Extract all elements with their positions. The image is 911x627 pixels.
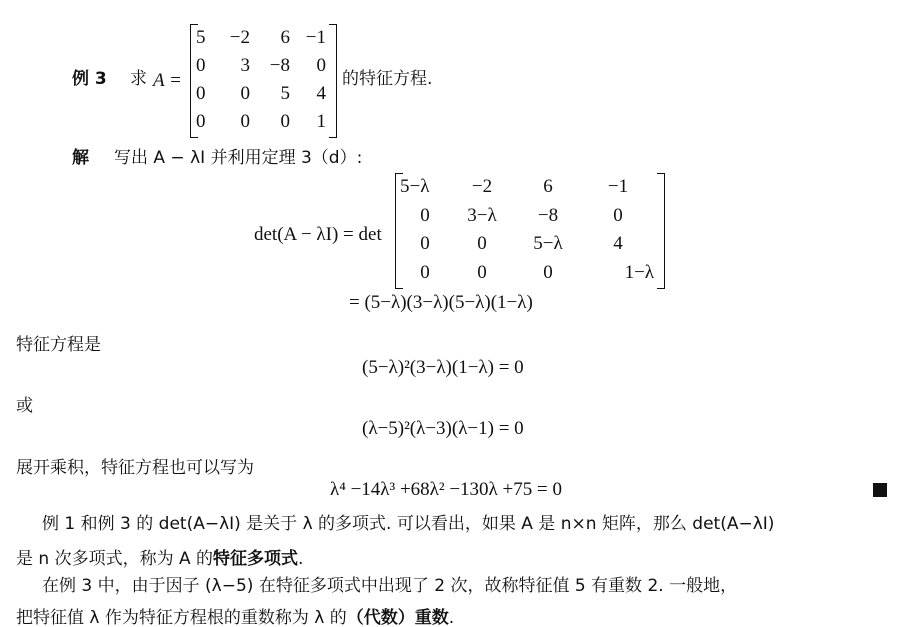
matrix-cell: 0	[400, 233, 450, 255]
matrix-cell: 0	[514, 262, 582, 284]
matrix-cell: −2	[450, 176, 514, 198]
matrix-cell: 0	[196, 55, 214, 77]
matrix-cell: 0	[450, 262, 514, 284]
example-label: 例 3	[72, 64, 107, 89]
qed-square-icon	[873, 483, 887, 497]
solution-intro: 写出 A − λI 并利用定理 3（d）:	[114, 143, 362, 168]
matrix-cell: 3	[214, 55, 250, 77]
char-eq-expanded: λ⁴ −14λ³ +68λ² −130λ +75 = 0	[330, 479, 562, 501]
char-eq-label: 特征方程是	[16, 330, 101, 355]
matrix-cell: 6	[250, 27, 290, 49]
matrix-cell: 1	[290, 111, 326, 133]
expand-label: 展开乘积，特征方程也可以写为	[16, 453, 254, 478]
det-lhs: det(A − λI) = det	[254, 224, 382, 246]
text: .	[298, 549, 303, 569]
matrix-cell: 5−λ	[400, 176, 450, 198]
right-bracket	[329, 24, 337, 138]
matrix-cell: 0	[400, 205, 450, 227]
solution-label: 解	[72, 143, 89, 168]
paragraph-2-line-1: 在例 3 中，由于因子 (λ−5) 在特征多项式中出现了 2 次，故称特征值 5…	[42, 571, 737, 596]
text: 把特征值 λ 作为特征方程根的重数称为 λ 的	[16, 608, 347, 627]
example-prompt-prefix: 求	[130, 64, 147, 89]
matrix-cell: 0	[450, 233, 514, 255]
matrix-cell: −1	[582, 176, 654, 198]
matrix-name: A =	[153, 70, 182, 92]
example-prompt-suffix: 的特征方程.	[342, 64, 432, 89]
matrix-cell: 0	[214, 83, 250, 105]
matrix-cell: 0	[290, 55, 326, 77]
matrix-cell: 4	[290, 83, 326, 105]
char-eq-1: (5−λ)²(3−λ)(1−λ) = 0	[362, 357, 524, 379]
matrix-cell: 6	[514, 176, 582, 198]
matrix-cell: 0	[400, 262, 450, 284]
matrix-cell: 5−λ	[514, 233, 582, 255]
char-eq-2: (λ−5)²(λ−3)(λ−1) = 0	[362, 418, 524, 440]
text: .	[449, 608, 454, 627]
paragraph-2-line-2: 把特征值 λ 作为特征方程根的重数称为 λ 的（代数）重数.	[16, 603, 454, 627]
matrix-cell: 5	[196, 27, 214, 49]
matrix-cell: 0	[250, 111, 290, 133]
det-result: = (5−λ)(3−λ)(5−λ)(1−λ)	[349, 292, 533, 314]
matrix-cell: 5	[250, 83, 290, 105]
matrix-cell: 0	[196, 83, 214, 105]
matrix-cell: 3−λ	[450, 205, 514, 227]
or-label: 或	[16, 391, 33, 416]
matrix-cell: −1	[290, 27, 326, 49]
matrix-cell: −2	[214, 27, 250, 49]
matrix-cell: −8	[250, 55, 290, 77]
matrix-cell: 1−λ	[582, 262, 654, 284]
term-algebraic-multiplicity: （代数）重数	[347, 608, 449, 627]
matrix-cell: 0	[582, 205, 654, 227]
matrix-cell: −8	[514, 205, 582, 227]
text: 是 n 次多项式，称为 A 的	[16, 549, 213, 569]
matrix-cell: 0	[196, 111, 214, 133]
matrix-cell: 4	[582, 233, 654, 255]
matrix-cell: 0	[214, 111, 250, 133]
term-characteristic-polynomial: 特征多项式	[213, 549, 298, 569]
right-bracket	[657, 173, 665, 289]
paragraph-1-line-2: 是 n 次多项式，称为 A 的特征多项式.	[16, 544, 303, 569]
paragraph-1-line-1: 例 1 和例 3 的 det(A−λI) 是关于 λ 的多项式. 可以看出，如果…	[42, 509, 774, 534]
